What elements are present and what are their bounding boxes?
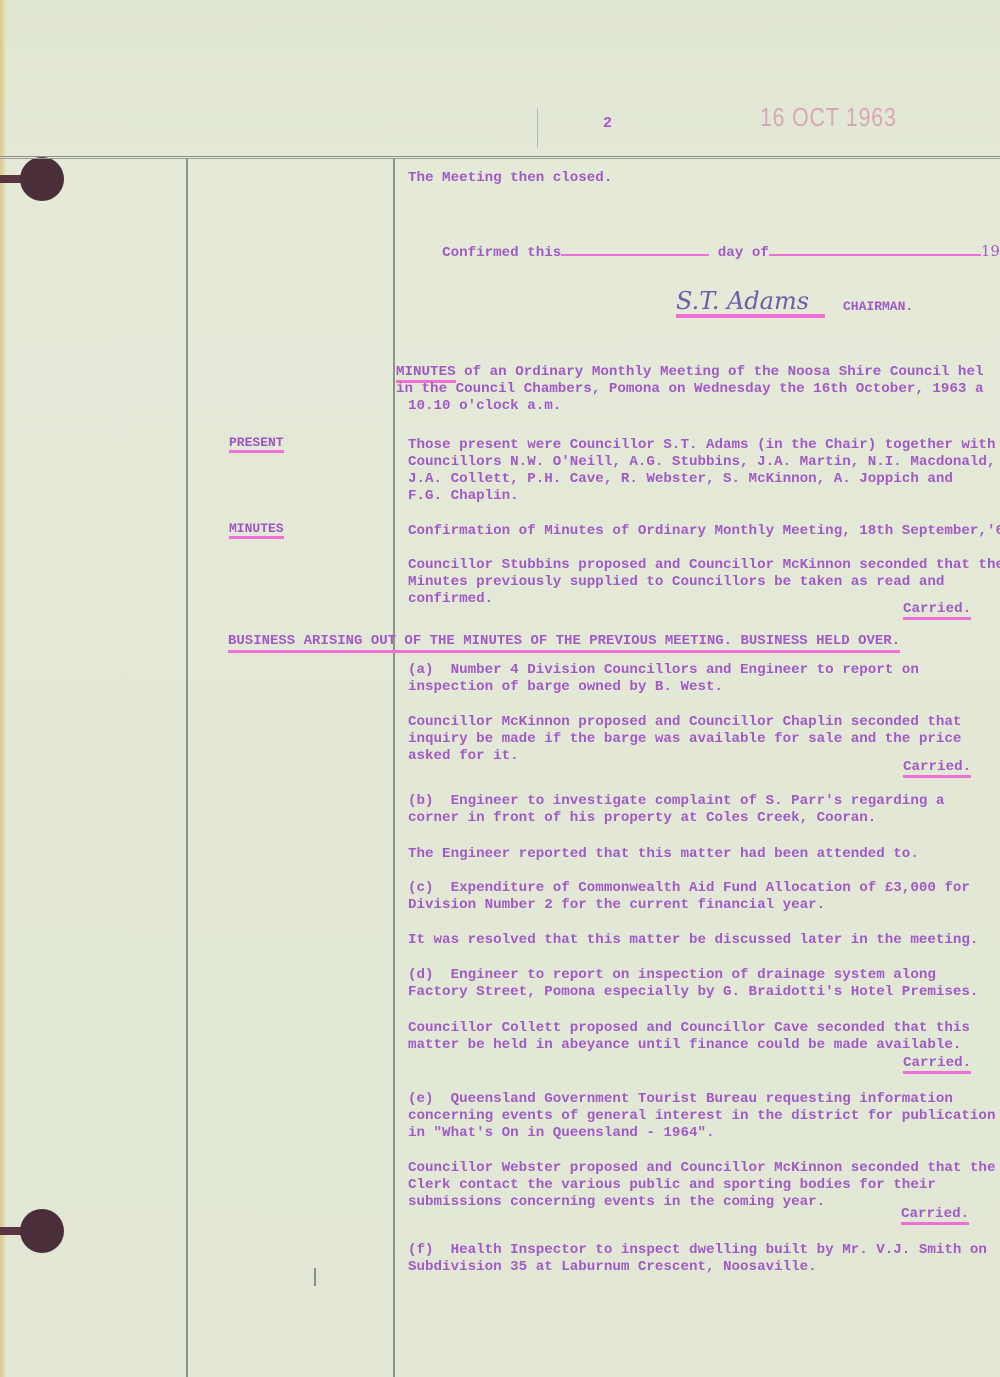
item-d-line: (d) Engineer to report on inspection of …: [408, 967, 936, 985]
confirmation-year: 1963: [981, 242, 1000, 260]
day-blank: [561, 254, 709, 256]
page-number: 2: [603, 115, 612, 132]
paper-edge: [0, 0, 6, 1377]
motion-line: Councillor Webster proposed and Councill…: [408, 1160, 995, 1178]
margin-label-minutes: MINUTES: [229, 521, 284, 539]
carried-result: Carried.: [903, 601, 971, 620]
present-line: Those present were Councillor S.T. Adams…: [408, 437, 995, 455]
motion-line: matter be held in abeyance until finance…: [408, 1037, 961, 1055]
margin-label-present: PRESENT: [229, 435, 284, 453]
motion-line: confirmed.: [408, 591, 493, 609]
margin-rule-right: [393, 158, 395, 1377]
motion-line: Councillor Collett proposed and Councill…: [408, 1020, 970, 1038]
business-arising-heading: BUSINESS ARISING OUT OF THE MINUTES OF T…: [228, 633, 900, 653]
motion-line: Minutes previously supplied to Councillo…: [408, 574, 944, 592]
confirmed-prefix: Confirmed this: [442, 245, 561, 261]
motion-line: submissions concerning events in the com…: [408, 1194, 825, 1212]
motion-line: Councillor Stubbins proposed and Council…: [408, 557, 1000, 575]
item-e-line: concerning events of general interest in…: [408, 1108, 995, 1126]
motion-line: Clerk contact the various public and spo…: [408, 1177, 936, 1195]
item-e-line: in "What's On in Queensland - 1964".: [408, 1125, 715, 1143]
motion-line: inquiry be made if the barge was availab…: [408, 731, 961, 749]
pencil-mark: [314, 1268, 316, 1286]
resolution-line: It was resolved that this matter be disc…: [408, 932, 978, 950]
item-c-line: (c) Expenditure of Commonwealth Aid Fund…: [408, 880, 970, 898]
present-line: J.A. Collett, P.H. Cave, R. Webster, S. …: [408, 471, 953, 489]
item-b-line: (b) Engineer to investigate complaint of…: [408, 793, 944, 811]
item-a-line: (a) Number 4 Division Councillors and En…: [408, 662, 919, 680]
chairman-signature: S.T. Adams: [676, 288, 825, 318]
header-rule: [0, 156, 1000, 159]
pencil-mark: [537, 108, 538, 148]
item-b-line: corner in front of his property at Coles…: [408, 810, 876, 828]
present-line: F.G. Chaplin.: [408, 488, 519, 506]
carried-result: Carried.: [901, 1206, 969, 1225]
item-d-line: Factory Street, Pomona especially by G. …: [408, 984, 978, 1002]
minutes-confirmation: Confirmation of Minutes of Ordinary Mont…: [408, 523, 1000, 541]
minutes-heading-line-2: in the Council Chambers, Pomona on Wedne…: [396, 381, 983, 399]
chairman-label: CHAIRMAN.: [843, 299, 913, 314]
motion-line: Councillor McKinnon proposed and Council…: [408, 714, 961, 732]
binder-hole-top: [20, 157, 64, 201]
carried-result: Carried.: [903, 1055, 971, 1074]
item-a-line: inspection of barge owned by B. West.: [408, 679, 723, 697]
confirmation-line: Confirmed this day of1963: [408, 225, 1000, 280]
binder-hole-bottom: [20, 1209, 64, 1253]
item-e-line: (e) Queensland Government Tourist Bureau…: [408, 1091, 953, 1109]
date-stamp: 16 OCT 1963: [760, 102, 897, 133]
minutes-heading-line-3: 10.10 o'clock a.m.: [408, 398, 561, 416]
meeting-closed-text: The Meeting then closed.: [408, 170, 612, 188]
resolution-line: The Engineer reported that this matter h…: [408, 846, 919, 864]
present-line: Councillors N.W. O'Neill, A.G. Stubbins,…: [408, 454, 995, 472]
day-of-label: day of: [718, 245, 769, 261]
item-c-line: Division Number 2 for the current financ…: [408, 897, 825, 915]
minutes-heading-line-1: MINUTES of an Ordinary Monthly Meeting o…: [396, 364, 983, 382]
motion-line: asked for it.: [408, 748, 519, 766]
item-f-line: Subdivision 35 at Laburnum Crescent, Noo…: [408, 1259, 817, 1277]
month-blank: [769, 254, 981, 256]
document-page: 2 16 OCT 1963 The Meeting then closed. C…: [0, 0, 1000, 1377]
item-f-line: (f) Health Inspector to inspect dwelling…: [408, 1242, 987, 1260]
margin-rule-left: [186, 158, 188, 1377]
carried-result: Carried.: [903, 759, 971, 778]
